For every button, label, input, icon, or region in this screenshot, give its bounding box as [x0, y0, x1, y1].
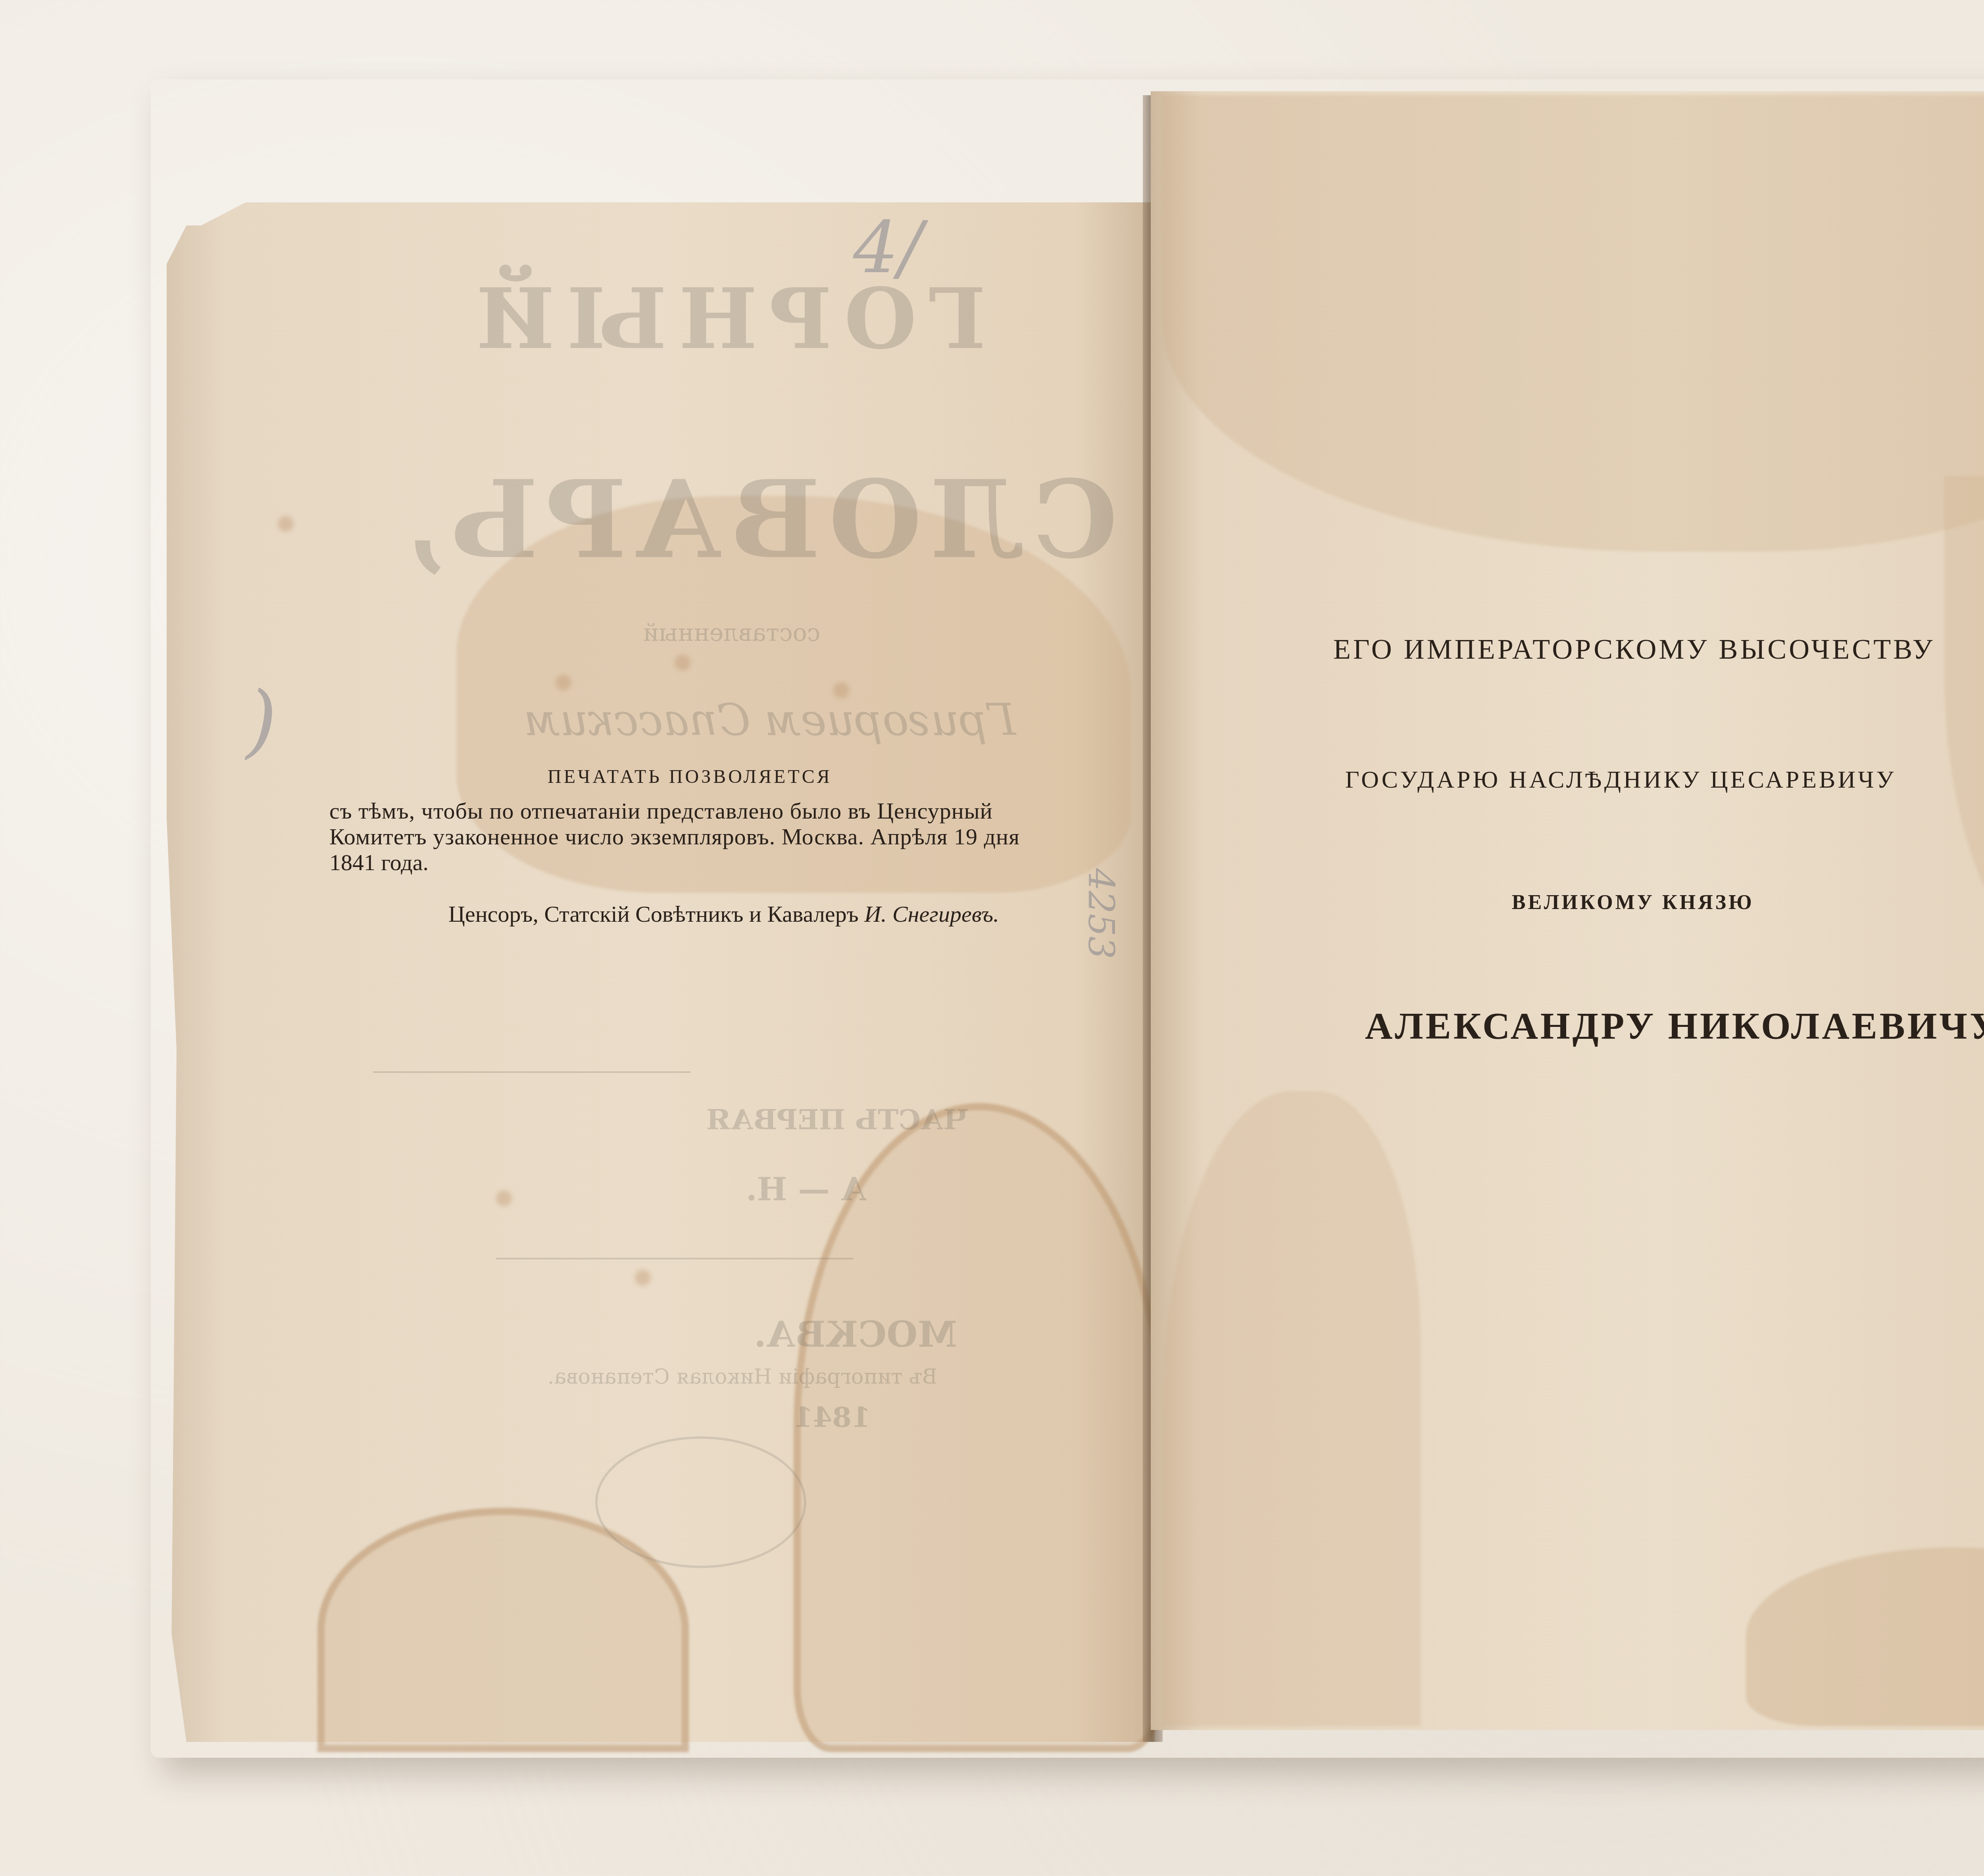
censor-signature-name: И. Снегиревъ.: [864, 901, 999, 927]
censor-body-line-1: съ тѣмъ, чтобы по отпечатаніи представле…: [329, 798, 993, 824]
bleed-through-title-line-2: СЛОВАРЬ,: [397, 456, 1118, 582]
dedication-line-4: АЛЕКСАНДРУ НИКОЛАЕВИЧУ.: [1365, 1004, 1984, 1048]
bleed-through-subtitle: составленный: [643, 619, 820, 647]
bleed-through-city: МОСКВА.: [754, 1313, 957, 1355]
foxing-spot: [496, 1190, 512, 1206]
foxing-spot: [675, 655, 690, 671]
bleed-through-part: ЧАСТЬ ПЕРВАЯ: [706, 1103, 969, 1136]
dedication-line-2: ГОСУДАРЮ НАСЛѢДНИКУ ЦЕСАРЕВИЧУ: [1345, 766, 1896, 794]
dedication-line-1: ЕГО ИМПЕРАТОРСКОМУ ВЫСОЧЕСТВУ: [1333, 633, 1935, 666]
censor-body-line-3: 1841 года.: [329, 849, 429, 876]
bleed-through-rule: [496, 1258, 853, 1259]
foxing-spot: [635, 1270, 651, 1286]
library-stamp: [595, 1436, 806, 1568]
bleed-through-range: А — Н.: [746, 1171, 867, 1208]
bleed-through-author: Григорием Спасским: [524, 694, 1016, 745]
pencil-mark: 4253: [1080, 868, 1122, 959]
censor-heading: ПЕЧАТАТЬ ПОЗВОЛЯЕТСЯ: [548, 766, 832, 788]
pencil-mark: ): [246, 675, 277, 767]
censor-signature-prefix: Ценсоръ, Статскій Совѣтникъ и Кавалеръ: [448, 901, 859, 927]
censor-signature: Ценсоръ, Статскій Совѣтникъ и Кавалеръ И…: [448, 901, 999, 927]
bleed-through-rule: [373, 1071, 690, 1073]
water-stain: [1163, 1091, 1421, 1726]
pencil-mark: 4/: [853, 206, 923, 289]
bleed-through-year: 1841: [794, 1401, 871, 1434]
bleed-through-printer: Въ типографіи Николая Степанова.: [548, 1365, 937, 1389]
foxing-spot: [556, 675, 571, 690]
dedication-line-3: ВЕЛИКОМУ КНЯЗЮ: [1512, 891, 1754, 914]
foxing-spot: [278, 516, 294, 532]
censor-body-line-2: Комитетъ узаконенное число экземпляровъ.…: [329, 823, 1020, 850]
